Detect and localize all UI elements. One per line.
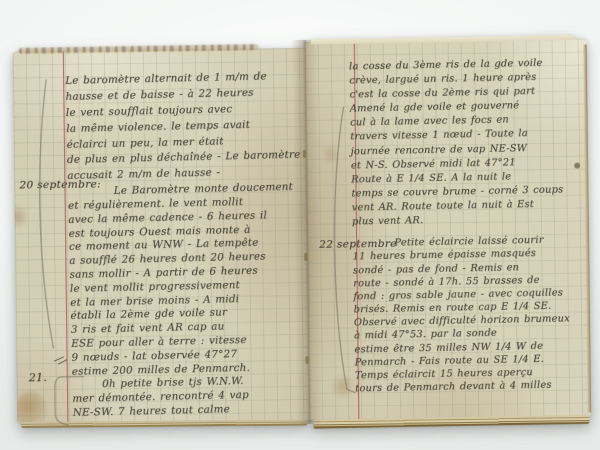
handwriting-line: tours de Penmarch devant à 4 milles — [355, 379, 571, 396]
binding-stitch — [303, 150, 306, 158]
notebook-spread: Le baromètre alternait de 1 m/m dehausse… — [11, 34, 594, 433]
left-page: Le baromètre alternait de 1 m/m dehausse… — [13, 48, 310, 424]
photo-background: Le baromètre alternait de 1 m/m dehausse… — [0, 0, 600, 450]
stain — [329, 375, 357, 397]
date-note-22-septembre: 22 septembre — [319, 238, 397, 251]
left-page-text: Le baromètre alternait de 1 m/m dehausse… — [65, 69, 309, 420]
page-side-edge — [583, 45, 591, 413]
stain — [324, 142, 337, 168]
stain — [574, 163, 580, 169]
right-page-text: la cosse du 3ème ris de la gde voilecrèv… — [349, 57, 571, 396]
binding-stitch — [305, 356, 308, 364]
date-note-20-septembre: 20 septembre: — [19, 178, 101, 191]
page-stack-edge-left — [21, 419, 307, 427]
right-page: la cosse du 3ème ris de la gde voilecrèv… — [305, 39, 592, 420]
stain — [13, 201, 27, 231]
center-fold — [292, 40, 323, 424]
stain — [15, 391, 47, 423]
handwriting-line: plus vent AR. — [352, 212, 568, 230]
date-note-21: 21. — [29, 371, 48, 384]
binding-stitch — [304, 253, 307, 261]
